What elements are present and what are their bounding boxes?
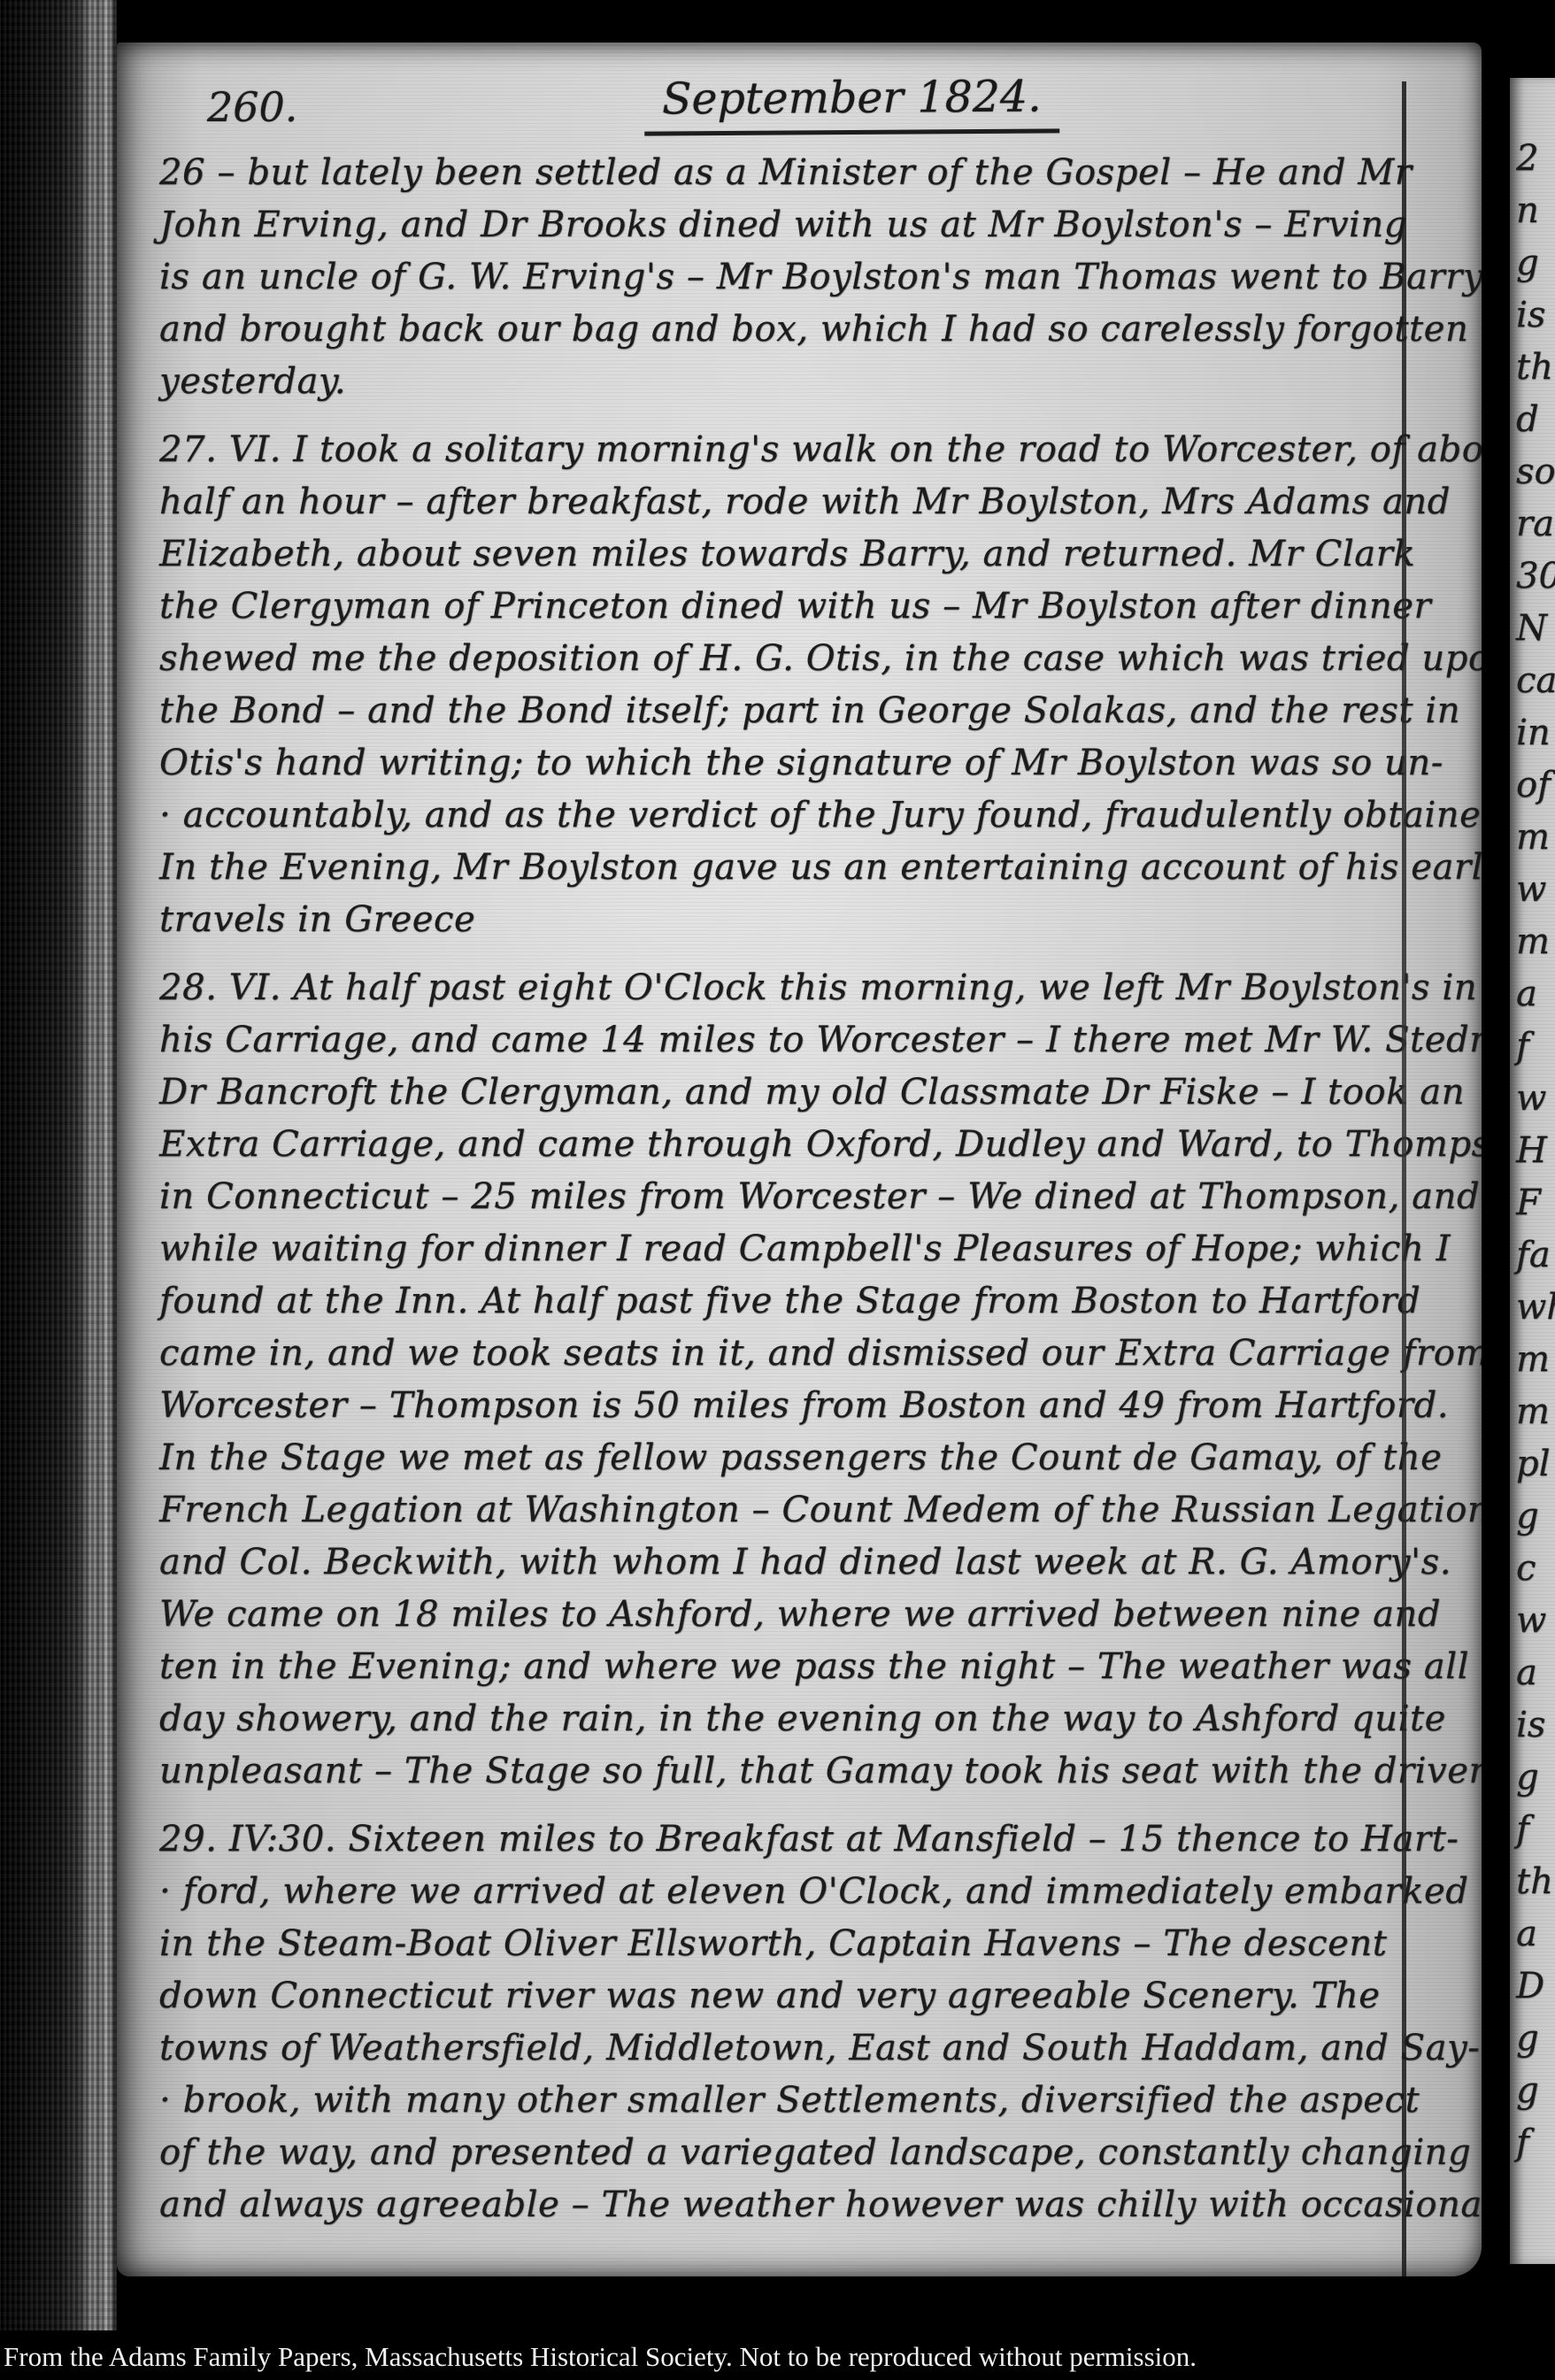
- facing-page-text-fragment: in: [1510, 707, 1555, 759]
- manuscript-line: in the Steam-Boat Oliver Ellsworth, Capt…: [159, 1918, 1476, 1970]
- facing-page-text-fragment: f: [1510, 1804, 1555, 1856]
- manuscript-line: and Col. Beckwith, with whom I had dined…: [159, 1537, 1476, 1589]
- facing-page-text-fragment: c: [1510, 1543, 1555, 1595]
- facing-page-text-fragment: D: [1510, 1960, 1555, 2013]
- manuscript-line: 27. VI. I took a solitary morning's walk…: [159, 424, 1476, 476]
- manuscript-line: French Legation at Washington – Count Me…: [159, 1484, 1476, 1537]
- manuscript-line: and brought back our bag and box, which …: [159, 304, 1476, 356]
- manuscript-line: ten in the Evening; and where we pass th…: [159, 1641, 1476, 1693]
- manuscript-line: of the way, and presented a variegated l…: [159, 2127, 1476, 2179]
- facing-page-text-fragment: H: [1510, 1125, 1555, 1177]
- diary-entry-sep-29: 29. IV:30. Sixteen miles to Breakfast at…: [159, 1814, 1476, 2231]
- manuscript-line: John Erving, and Dr Brooks dined with us…: [159, 199, 1476, 251]
- manuscript-line: · accountably, and as the verdict of the…: [159, 789, 1476, 842]
- facing-page-text-fragment: d: [1510, 394, 1555, 446]
- manuscript-line: 28. VI. At half past eight O'Clock this …: [159, 962, 1476, 1014]
- manuscript-line: down Connecticut river was new and very …: [159, 1970, 1476, 2022]
- facing-page-text-fragment: m: [1510, 812, 1555, 864]
- manuscript-line: 26 – but lately been settled as a Minist…: [159, 147, 1476, 199]
- manuscript-line: Extra Carriage, and came through Oxford,…: [159, 1119, 1476, 1171]
- facing-page-text-fragment: f: [1510, 2117, 1555, 2169]
- manuscript-line: day showery, and the rain, in the evenin…: [159, 1693, 1476, 1745]
- facing-page-text-fragment: is: [1510, 1699, 1555, 1752]
- manuscript-line: in Connecticut – 25 miles from Worcester…: [159, 1171, 1476, 1223]
- facing-page-text-fragment: fa: [1510, 1229, 1555, 1282]
- facing-page-text-fragment: w: [1510, 864, 1555, 916]
- facing-page-text-fragment: w: [1510, 1073, 1555, 1125]
- manuscript-line: unpleasant – The Stage so full, that Gam…: [159, 1745, 1476, 1798]
- manuscript-line: and always agreeable – The weather howev…: [159, 2179, 1476, 2231]
- facing-page-text-fragment: so: [1510, 446, 1555, 498]
- caption-text: From the Adams Family Papers, Massachuse…: [4, 2341, 1197, 2373]
- facing-page-text-fragment: of: [1510, 759, 1555, 812]
- manuscript-line: Elizabeth, about seven miles towards Bar…: [159, 528, 1476, 581]
- facing-page-text-fragment: wh: [1510, 1282, 1555, 1334]
- facing-page-text-fragment: f: [1510, 1021, 1555, 1073]
- manuscript-line: · brook, with many other smaller Settlem…: [159, 2075, 1476, 2127]
- manuscript-line: yesterday.: [159, 356, 1476, 408]
- facing-page-text-fragment: th: [1510, 1856, 1555, 1908]
- facing-page-text-fragment: a: [1510, 968, 1555, 1021]
- manuscript-line: In the Evening, Mr Boylston gave us an e…: [159, 842, 1476, 894]
- diary-entry-sep-27: 27. VI. I took a solitary morning's walk…: [159, 424, 1476, 946]
- facing-page-text-fragment: ca: [1510, 655, 1555, 707]
- facing-page-text-fragment: F: [1510, 1177, 1555, 1229]
- facing-page-text-fragment: m: [1510, 1386, 1555, 1438]
- diary-entry-sep-26: 26 – but lately been settled as a Minist…: [159, 147, 1476, 408]
- manuscript-line: · ford, where we arrived at eleven O'Clo…: [159, 1866, 1476, 1918]
- manuscript-line: came in, and we took seats in it, and di…: [159, 1328, 1476, 1380]
- page-number: 260.: [207, 83, 297, 131]
- manuscript-line: the Clergyman of Princeton dined with us…: [159, 581, 1476, 633]
- facing-page-text-fragment: a: [1510, 1647, 1555, 1699]
- facing-page-text-fragment: n: [1510, 185, 1555, 237]
- manuscript-line: the Bond – and the Bond itself; part in …: [159, 685, 1476, 737]
- manuscript-line: In the Stage we met as fellow passengers…: [159, 1432, 1476, 1484]
- facing-page-text-fragment: 2: [1510, 133, 1555, 185]
- facing-page-text-fragment: m: [1510, 916, 1555, 968]
- manuscript-line: 29. IV:30. Sixteen miles to Breakfast at…: [159, 1814, 1476, 1866]
- facing-page-text-fragment: g: [1510, 2013, 1555, 2065]
- manuscript-line: while waiting for dinner I read Campbell…: [159, 1223, 1476, 1275]
- manuscript-line: Otis's hand writing; to which the signat…: [159, 737, 1476, 789]
- manuscript-page: 260. September 1824. 26 – but lately bee…: [117, 42, 1482, 2276]
- facing-page-text-fragment: a: [1510, 1908, 1555, 1960]
- page-fold-line: [1402, 81, 1406, 2276]
- caption-bar: From the Adams Family Papers, Massachuse…: [0, 2330, 1555, 2380]
- manuscript-line: half an hour – after breakfast, rode wit…: [159, 476, 1476, 528]
- facing-page-text-fragment: g: [1510, 1752, 1555, 1804]
- book-binding: [0, 0, 117, 2380]
- facing-page-text-fragment: N: [1510, 603, 1555, 655]
- page-heading: September 1824.: [644, 71, 1059, 135]
- facing-page-sliver: 2ngisthdsora30NcainofmwmafwHFfawhmmplgcw…: [1510, 78, 1555, 2264]
- manuscript-line: is an uncle of G. W. Erving's – Mr Boyls…: [159, 251, 1476, 304]
- facing-page-text-fragment: is: [1510, 289, 1555, 342]
- facing-page-text-fragment: g: [1510, 1490, 1555, 1543]
- facing-page-text-fragment: pl: [1510, 1438, 1555, 1490]
- manuscript-line: towns of Weathersfield, Middletown, East…: [159, 2022, 1476, 2075]
- manuscript-line: Worcester – Thompson is 50 miles from Bo…: [159, 1380, 1476, 1432]
- diary-scan: 260. September 1824. 26 – but lately bee…: [0, 0, 1555, 2380]
- facing-page-text-fragment: w: [1510, 1595, 1555, 1647]
- facing-page-text-fragment: th: [1510, 342, 1555, 394]
- manuscript-line: We came on 18 miles to Ashford, where we…: [159, 1589, 1476, 1641]
- manuscript-line: Dr Bancroft the Clergyman, and my old Cl…: [159, 1067, 1476, 1119]
- facing-page-text-fragment: g: [1510, 2065, 1555, 2117]
- manuscript-line: shewed me the deposition of H. G. Otis, …: [159, 633, 1476, 685]
- manuscript-text: 26 – but lately been settled as a Minist…: [159, 147, 1476, 2231]
- manuscript-line: travels in Greece: [159, 894, 1476, 946]
- facing-page-text-fragment: ra: [1510, 498, 1555, 551]
- facing-page-text-fragment: m: [1510, 1334, 1555, 1386]
- facing-page-text-fragment: 30: [1510, 551, 1555, 603]
- diary-entry-sep-28: 28. VI. At half past eight O'Clock this …: [159, 962, 1476, 1798]
- manuscript-line: his Carriage, and came 14 miles to Worce…: [159, 1014, 1476, 1067]
- facing-page-text-fragment: g: [1510, 237, 1555, 289]
- manuscript-line: found at the Inn. At half past five the …: [159, 1275, 1476, 1328]
